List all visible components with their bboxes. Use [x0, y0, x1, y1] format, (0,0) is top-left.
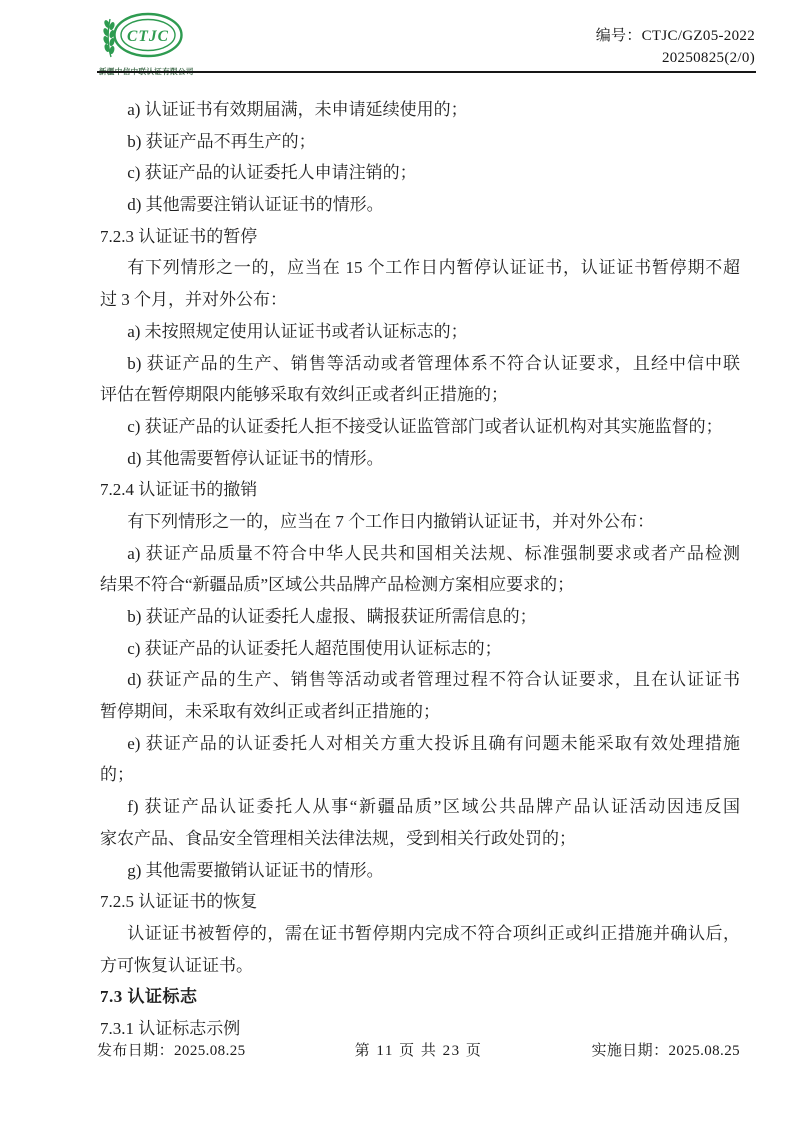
list-item: a) 获证产品质量不符合中华人民共和国相关法规、标准强制要求或者产品检测	[100, 538, 740, 570]
paragraph-line: 评估在暂停期限内能够采取有效纠正或者纠正措施的；	[100, 379, 740, 411]
paragraph-line: 结果不符合“新疆品质”区域公共品牌产品检测方案相应要求的；	[100, 569, 740, 601]
doc-number-line: 编号：CTJC/GZ05-2022	[596, 25, 755, 47]
list-item: c) 获证产品的认证委托人拒不接受认证监管部门或者认证机构对其实施监督的；	[100, 411, 740, 443]
doc-no-label: 编号：	[596, 28, 642, 44]
list-item: a) 未按照规定使用认证证书或者认证标志的；	[100, 316, 740, 348]
doc-version: 20250825(2/0)	[596, 47, 755, 69]
document-body: a) 认证证书有效期届满，未申请延续使用的；b) 获证产品不再生产的；c) 获证…	[100, 94, 740, 1045]
doc-id-block: 编号：CTJC/GZ05-2022 20250825(2/0)	[596, 25, 755, 69]
list-item: g) 其他需要撤销认证证书的情形。	[100, 855, 740, 887]
list-item: a) 认证证书有效期届满，未申请延续使用的；	[100, 94, 740, 126]
logo-text: CTJC	[127, 28, 169, 45]
list-item: c) 获证产品的认证委托人超范围使用认证标志的；	[100, 633, 740, 665]
list-item: d) 其他需要暂停认证证书的情形。	[100, 443, 740, 475]
header-rule	[97, 71, 756, 73]
list-item: d) 获证产品的生产、销售等活动或者管理过程不符合认证要求，且在认证证书	[100, 664, 740, 696]
document-page: CTJC 新疆中信中联认证有限公司 编号：CTJC/GZ05-2022 2025…	[0, 0, 800, 1130]
list-item: b) 获证产品的认证委托人虚报、瞒报获证所需信息的；	[100, 601, 740, 633]
page-footer: 发布日期：2025.08.25 第 11 页 共 23 页 实施日期：2025.…	[97, 1039, 740, 1063]
section-heading: 7.2.4 认证证书的撤销	[100, 474, 740, 506]
list-item: b) 获证产品不再生产的；	[100, 126, 740, 158]
paragraph-line: 有下列情形之一的，应当在 15 个工作日内暂停认证证书，认证证书暂停期不超	[100, 252, 740, 284]
logo: CTJC 新疆中信中联认证有限公司	[99, 11, 209, 77]
list-item: d) 其他需要注销认证证书的情形。	[100, 189, 740, 221]
section-heading: 7.2.5 认证证书的恢复	[100, 886, 740, 918]
paragraph-line: 认证证书被暂停的，需在证书暂停期内完成不符合项纠正或纠正措施并确认后，	[100, 918, 740, 950]
section-heading-bold: 7.3 认证标志	[100, 981, 740, 1013]
implement-date: 实施日期：2025.08.25	[591, 1039, 740, 1060]
paragraph-line: 的；	[100, 759, 740, 791]
implement-date-value: 2025.08.25	[669, 1043, 741, 1059]
wheat-icon	[103, 19, 115, 57]
implement-date-label: 实施日期：	[591, 1043, 668, 1059]
paragraph-line: 暂停期间，未采取有效纠正或者纠正措施的；	[100, 696, 740, 728]
list-item: e) 获证产品的认证委托人对相关方重大投诉且确有问题未能采取有效处理措施	[100, 728, 740, 760]
section-heading: 7.2.3 认证证书的暂停	[100, 221, 740, 253]
doc-no-value: CTJC/GZ05-2022	[642, 28, 755, 44]
paragraph-line: 过 3 个月，并对外公布：	[100, 284, 740, 316]
paragraph-line: 家农产品、食品安全管理相关法律法规，受到相关行政处罚的；	[100, 823, 740, 855]
paragraph-line: 方可恢复认证证书。	[100, 950, 740, 982]
list-item: c) 获证产品的认证委托人申请注销的；	[100, 157, 740, 189]
ctjc-logo-icon: CTJC	[99, 11, 183, 59]
list-item: b) 获证产品的生产、销售等活动或者管理体系不符合认证要求，且经中信中联	[100, 348, 740, 380]
paragraph-line: 有下列情形之一的，应当在 7 个工作日内撤销认证证书，并对外公布：	[100, 506, 740, 538]
list-item: f) 获证产品认证委托人从事“新疆品质”区域公共品牌产品认证活动因违反国	[100, 791, 740, 823]
